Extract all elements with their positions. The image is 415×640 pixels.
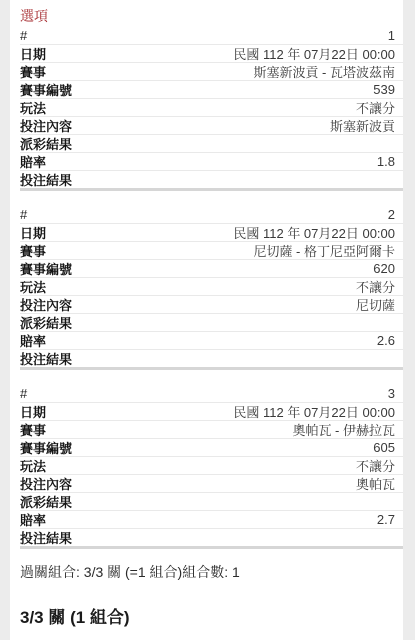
row-value-play-type: 不讓分 (356, 98, 395, 117)
bet-row-event-no: 賽事編號 539 (20, 81, 403, 99)
row-value-event: 奧帕瓦 - 伊赫拉瓦 (292, 420, 395, 439)
row-label-payout-result: 派彩結果 (20, 313, 72, 332)
row-label-bet-result: 投注結果 (20, 170, 72, 189)
row-label-index: # (20, 28, 27, 43)
row-value-odds: 1.8 (377, 154, 395, 169)
bet-row-index: # 3 (20, 385, 403, 403)
bet-row-event: 賽事 尼切薩 - 格丁尼亞阿爾卡 (20, 242, 403, 260)
row-label-payout-result: 派彩結果 (20, 134, 72, 153)
bet-block-3: # 3 日期 民國 112 年 07月22日 00:00 賽事 奧帕瓦 - 伊赫… (20, 385, 403, 549)
bet-row-event-no: 賽事編號 605 (20, 439, 403, 457)
bet-row-bet-content: 投注內容 斯塞新波貢 (20, 117, 403, 135)
bet-row-bet-content: 投注內容 奧帕瓦 (20, 475, 403, 493)
row-label-bet-result: 投注結果 (20, 349, 72, 368)
bet-block-2: # 2 日期 民國 112 年 07月22日 00:00 賽事 尼切薩 - 格丁… (20, 206, 403, 370)
row-value-event: 斯塞新波貢 - 瓦塔波茲南 (253, 62, 395, 81)
row-label-odds: 賠率 (20, 331, 46, 350)
row-label-bet-content: 投注內容 (20, 295, 72, 314)
row-value-index: 1 (388, 28, 395, 43)
bet-row-play-type: 玩法 不讓分 (20, 457, 403, 475)
bet-row-date: 日期 民國 112 年 07月22日 00:00 (20, 224, 403, 242)
row-label-event-no: 賽事編號 (20, 80, 72, 99)
row-value-bet-content: 斯塞新波貢 (330, 116, 395, 135)
row-value-play-type: 不讓分 (356, 277, 395, 296)
bet-row-payout-result: 派彩結果 (20, 493, 403, 511)
row-label-odds: 賠率 (20, 152, 46, 171)
bet-row-event: 賽事 斯塞新波貢 - 瓦塔波茲南 (20, 63, 403, 81)
row-value-play-type: 不讓分 (356, 456, 395, 475)
row-value-index: 2 (388, 207, 395, 222)
row-label-odds: 賠率 (20, 510, 46, 529)
row-label-bet-content: 投注內容 (20, 474, 72, 493)
bet-row-payout-result: 派彩結果 (20, 135, 403, 153)
row-label-event: 賽事 (20, 62, 46, 81)
bet-row-event-no: 賽事編號 620 (20, 260, 403, 278)
row-label-play-type: 玩法 (20, 277, 46, 296)
row-label-event: 賽事 (20, 241, 46, 260)
bet-row-bet-result: 投注結果 (20, 529, 403, 549)
row-value-bet-content: 尼切薩 (356, 295, 395, 314)
row-value-date: 民國 112 年 07月22日 00:00 (233, 402, 395, 421)
row-value-event-no: 539 (373, 82, 395, 97)
bet-row-date: 日期 民國 112 年 07月22日 00:00 (20, 45, 403, 63)
row-label-payout-result: 派彩結果 (20, 492, 72, 511)
row-value-event-no: 620 (373, 261, 395, 276)
options-header: 選項 (20, 8, 403, 25)
bet-row-payout-result: 派彩結果 (20, 314, 403, 332)
bet-slip-page: 選項 # 1 日期 民國 112 年 07月22日 00:00 賽事 斯塞新波貢… (10, 0, 403, 640)
bet-row-event: 賽事 奧帕瓦 - 伊赫拉瓦 (20, 421, 403, 439)
row-label-event-no: 賽事編號 (20, 259, 72, 278)
row-value-odds: 2.7 (377, 512, 395, 527)
row-label-play-type: 玩法 (20, 456, 46, 475)
bet-block-1: # 1 日期 民國 112 年 07月22日 00:00 賽事 斯塞新波貢 - … (20, 27, 403, 191)
row-value-event: 尼切薩 - 格丁尼亞阿爾卡 (253, 241, 395, 260)
parlay-summary: 過關組合: 3/3 關 (=1 組合)組合數: 1 (20, 562, 403, 582)
bet-row-index: # 1 (20, 27, 403, 45)
bet-row-bet-result: 投注結果 (20, 171, 403, 191)
bet-row-odds: 賠率 2.6 (20, 332, 403, 350)
row-value-date: 民國 112 年 07月22日 00:00 (233, 223, 395, 242)
row-value-index: 3 (388, 386, 395, 401)
row-label-index: # (20, 207, 27, 222)
row-label-play-type: 玩法 (20, 98, 46, 117)
bet-row-bet-result: 投注結果 (20, 350, 403, 370)
row-label-date: 日期 (20, 402, 46, 421)
row-value-date: 民國 112 年 07月22日 00:00 (233, 44, 395, 63)
row-value-odds: 2.6 (377, 333, 395, 348)
row-label-date: 日期 (20, 44, 46, 63)
row-label-date: 日期 (20, 223, 46, 242)
row-label-event: 賽事 (20, 420, 46, 439)
row-value-bet-content: 奧帕瓦 (356, 474, 395, 493)
bet-row-play-type: 玩法 不讓分 (20, 278, 403, 296)
row-label-bet-content: 投注內容 (20, 116, 72, 135)
bet-row-odds: 賠率 1.8 (20, 153, 403, 171)
row-label-index: # (20, 386, 27, 401)
row-label-bet-result: 投注結果 (20, 528, 72, 547)
bet-row-date: 日期 民國 112 年 07月22日 00:00 (20, 403, 403, 421)
bet-row-play-type: 玩法 不讓分 (20, 99, 403, 117)
bet-row-odds: 賠率 2.7 (20, 511, 403, 529)
row-value-event-no: 605 (373, 440, 395, 455)
parlay-title: 3/3 關 (1 組合) (20, 607, 403, 628)
bet-row-index: # 2 (20, 206, 403, 224)
bet-row-bet-content: 投注內容 尼切薩 (20, 296, 403, 314)
row-label-event-no: 賽事編號 (20, 438, 72, 457)
